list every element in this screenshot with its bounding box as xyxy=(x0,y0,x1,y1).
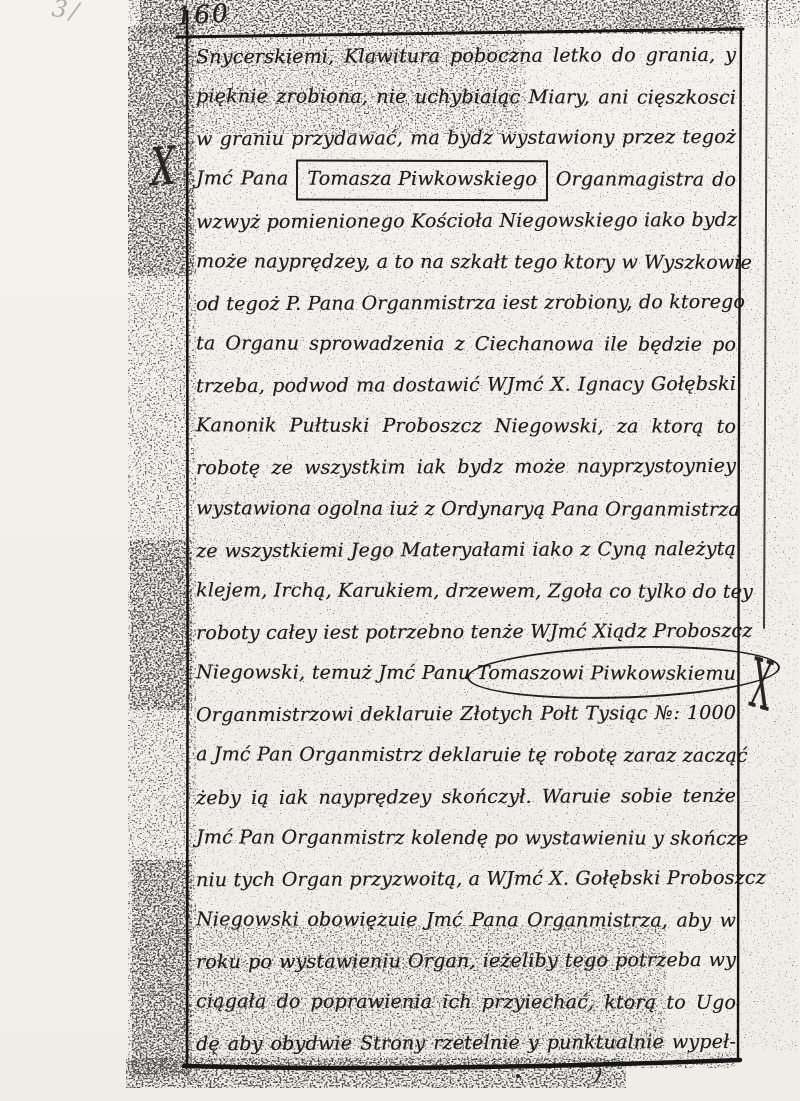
manuscript-line: ze wszystkiemi Jego Materyałami iako z C… xyxy=(196,529,736,572)
manuscript-line: niu tych Organ przyzwoitą, a WJmć X. Goł… xyxy=(196,858,736,901)
manuscript-text: roku po wystawieniu Organ, ieżeliby tego… xyxy=(196,949,736,973)
manuscript-text: ciągała do poprawienia ich przyiechać, k… xyxy=(196,991,736,1014)
manuscript-line: Organmistrzowi deklaruie Złotych Połt Ty… xyxy=(196,693,736,736)
manuscript-text: Jmć Pana xyxy=(196,168,288,190)
manuscript-line: ciągała do poprawienia ich przyiechać, k… xyxy=(196,982,736,1025)
manuscript-line: wystawiona ogolna iuż z Ordynaryą Pana O… xyxy=(196,488,736,531)
manuscript-line: żeby ią iak nayprędzey skończył. Waruie … xyxy=(196,775,736,818)
margin-x-mark-right: X xyxy=(750,648,774,723)
frame-left-rule xyxy=(187,11,188,1066)
margin-x-mark-left: X xyxy=(150,140,176,194)
manuscript-text: roboty całey iest potrzebno tenże WJmć X… xyxy=(196,620,752,644)
manuscript-text: może nayprędzey, a to na szkałt tego kto… xyxy=(196,250,752,273)
manuscript-text: wystawiona ogolna iuż z Ordynaryą Pana O… xyxy=(196,497,740,520)
manuscript-line: Snycerskiemi, Klawitura poboczna letko d… xyxy=(196,35,736,78)
manuscript-text: dę aby obydwie Strony rzetelnie y punktu… xyxy=(196,1031,736,1055)
scanned-manuscript-page: 3/ 160 X X ) Snycerskiemi, Klawitura pob… xyxy=(0,0,800,1101)
manuscript-text: niu tych Organ przyzwoitą, a WJmć X. Goł… xyxy=(196,867,766,891)
manuscript-text: klejem, Irchą, Karukiem, drzewem, Zgoła … xyxy=(196,579,753,602)
manuscript-line: roboty całey iest potrzebno tenże WJmć X… xyxy=(196,611,736,654)
pencil-annotation: 3/ xyxy=(50,0,83,26)
manuscript-text: wzwyż pomienionego Kościoła Niegowskiego… xyxy=(196,208,737,232)
stray-ink-dot xyxy=(516,1074,520,1078)
manuscript-text: Niegowski, temuż Jmć Panu xyxy=(196,661,470,684)
manuscript-text: robotę ze wszystkim iak bydz może nayprz… xyxy=(196,455,736,479)
manuscript-text: pięknie zrobiona, nie uchybiaiąc Miary, … xyxy=(196,85,736,108)
manuscript-text: w graniu przydawać, ma bydz wystawiony p… xyxy=(196,126,736,150)
manuscript-line: Niegowski, temuż Jmć Panu Tomaszowi Piwk… xyxy=(196,652,736,695)
manuscript-line: a Jmć Pan Organmistrz deklaruie tę robot… xyxy=(196,735,736,778)
manuscript-line: Jmć Pan Organmistrz kolendę po wystawien… xyxy=(196,817,736,860)
manuscript-line: Jmć Pana Tomasza Piwkowskiego Organmagis… xyxy=(196,159,736,202)
manuscript-text: Niegowski obowięzuie Jmć Pana Organmistr… xyxy=(196,908,736,931)
manuscript-line: ta Organu sprowadzenia z Ciechanowa ile … xyxy=(196,323,736,366)
manuscript-line: robotę ze wszystkim iak bydz może nayprz… xyxy=(196,446,736,489)
manuscript-text: Snycerskiemi, Klawitura poboczna letko d… xyxy=(196,44,736,68)
boxed-name: Tomasza Piwkowskiego xyxy=(296,160,548,202)
manuscript-line: klejem, Irchą, Karukiem, drzewem, Zgoła … xyxy=(196,570,736,613)
circled-name: Tomaszowi Piwkowskiemu xyxy=(477,656,736,691)
manuscript-line: trzeba, podwod ma dostawić WJmć X. Ignac… xyxy=(196,364,736,407)
manuscript-text: od tegoż P. Pana Organmistrza iest zrobi… xyxy=(196,291,745,315)
page-number: 160 xyxy=(175,0,231,31)
manuscript-text: Jmć Pan Organmistrz kolendę po wystawien… xyxy=(196,826,748,849)
manuscript-line: od tegoż P. Pana Organmistrza iest zrobi… xyxy=(196,282,736,325)
manuscript-text: żeby ią iak nayprędzey skończył. Waruie … xyxy=(196,784,736,808)
manuscript-text: trzeba, podwod ma dostawić WJmć X. Ignac… xyxy=(196,373,736,397)
manuscript-line: roku po wystawieniu Organ, ieżeliby tego… xyxy=(196,940,736,983)
manuscript-lines: Snycerskiemi, Klawitura poboczna letko d… xyxy=(196,36,736,1065)
manuscript-text: Organmistrzowi deklaruie Złotych Połt Ty… xyxy=(196,702,736,726)
manuscript-line: pięknie zrobiona, nie uchybiaiąc Miary, … xyxy=(196,76,736,119)
manuscript-text: ze wszystkiemi Jego Materyałami iako z C… xyxy=(196,538,736,562)
manuscript-line: Kanonik Pułtuski Proboszcz Niegowski, za… xyxy=(196,406,736,449)
manuscript-text: ta Organu sprowadzenia z Ciechanowa ile … xyxy=(196,332,736,355)
manuscript-text: Kanonik Pułtuski Proboszcz Niegowski, za… xyxy=(196,415,736,438)
manuscript-line: Niegowski obowięzuie Jmć Pana Organmistr… xyxy=(196,899,736,942)
manuscript-text: Organmagistra do xyxy=(556,169,736,191)
manuscript-text: a Jmć Pan Organmistrz deklaruie tę robot… xyxy=(196,744,748,767)
manuscript-line: w graniu przydawać, ma bydz wystawiony p… xyxy=(196,117,736,160)
manuscript-line: dę aby obydwie Strony rzetelnie y punktu… xyxy=(196,1022,736,1065)
manuscript-line: wzwyż pomienionego Kościoła Niegowskiego… xyxy=(196,199,736,242)
manuscript-line: może nayprędzey, a to na szkałt tego kto… xyxy=(196,241,736,284)
